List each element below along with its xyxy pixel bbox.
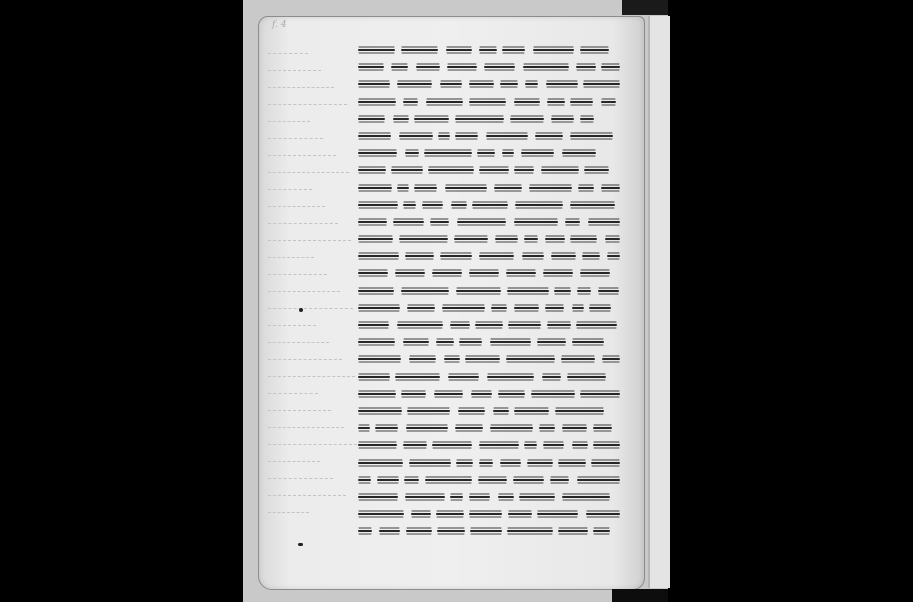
handwritten-word (379, 530, 400, 532)
handwritten-word (602, 358, 620, 360)
handwritten-word (358, 496, 398, 498)
scan-edge-artifact-bottom (612, 589, 668, 602)
handwritten-word (558, 462, 586, 464)
manuscript-line (358, 248, 636, 265)
handwritten-word (455, 427, 483, 429)
handwritten-word (554, 290, 571, 292)
handwritten-word (465, 358, 500, 360)
handwritten-word (478, 479, 507, 481)
handwritten-word (459, 341, 482, 343)
handwritten-word (403, 101, 418, 103)
bleed-through-line (268, 342, 329, 344)
handwritten-word (479, 462, 493, 464)
handwritten-word (358, 462, 403, 464)
handwritten-word (562, 427, 587, 429)
handwritten-word (561, 358, 595, 360)
handwritten-word (409, 358, 436, 360)
handwritten-word (432, 444, 472, 446)
handwritten-word (607, 255, 620, 257)
handwritten-word (446, 49, 472, 51)
bleed-through-line (268, 189, 312, 191)
handwritten-word (358, 49, 395, 51)
handwritten-word (583, 83, 620, 85)
manuscript-line (358, 420, 636, 437)
manuscript-line (358, 94, 636, 111)
handwritten-word (358, 204, 398, 206)
handwritten-word (406, 427, 448, 429)
handwritten-word (472, 204, 508, 206)
handwritten-word (522, 255, 544, 257)
handwritten-word (375, 427, 398, 429)
bleed-through-line (268, 393, 318, 395)
manuscript-line (358, 506, 636, 523)
handwritten-word (455, 135, 478, 137)
handwritten-word (514, 410, 549, 412)
manuscript-line (358, 42, 636, 59)
handwritten-word (454, 238, 488, 240)
handwritten-word (577, 290, 591, 292)
ink-blot (298, 543, 303, 546)
handwritten-word (469, 272, 499, 274)
handwritten-word (391, 66, 408, 68)
handwritten-word (405, 152, 419, 154)
handwritten-word (358, 152, 397, 154)
handwritten-word (593, 444, 620, 446)
handwritten-word (455, 118, 504, 120)
handwritten-word (358, 187, 392, 189)
handwritten-word (533, 49, 574, 51)
handwritten-word (458, 410, 485, 412)
handwritten-word (545, 238, 565, 240)
bleed-through-line (268, 359, 342, 361)
bleed-through-line (268, 223, 338, 225)
manuscript-line (358, 317, 636, 334)
bleed-through-line (268, 87, 334, 89)
handwritten-word (570, 135, 613, 137)
handwritten-word (440, 255, 472, 257)
handwritten-word (513, 479, 544, 481)
handwritten-word (577, 479, 620, 481)
manuscript-line (358, 59, 636, 76)
handwritten-word (502, 152, 514, 154)
handwritten-word (525, 83, 538, 85)
handwritten-word (498, 496, 514, 498)
handwritten-word (506, 272, 536, 274)
handwritten-word (399, 135, 433, 137)
manuscript-line (358, 145, 636, 162)
ink-dot (299, 308, 303, 312)
image-viewer: f. 4 (0, 0, 913, 602)
handwritten-word (358, 307, 400, 309)
handwritten-word (469, 496, 490, 498)
handwritten-word (407, 410, 450, 412)
handwritten-word (508, 513, 532, 515)
handwritten-word (358, 444, 397, 446)
handwritten-word (524, 238, 538, 240)
handwritten-word (358, 341, 395, 343)
manuscript-line (358, 214, 636, 231)
handwritten-word (442, 307, 485, 309)
handwritten-word (572, 341, 604, 343)
bleed-through-line (268, 478, 333, 480)
handwritten-word (547, 101, 565, 103)
handwritten-word (490, 427, 533, 429)
handwritten-word (537, 513, 578, 515)
bleed-through-line (268, 427, 344, 429)
handwritten-word (358, 530, 372, 532)
bleed-through-line (268, 138, 323, 140)
handwritten-word (401, 49, 438, 51)
handwritten-word (422, 204, 443, 206)
handwritten-word (558, 530, 588, 532)
handwritten-word (358, 135, 391, 137)
handwritten-word (393, 118, 409, 120)
handwritten-word (450, 496, 463, 498)
handwritten-word (447, 66, 477, 68)
handwritten-word (358, 513, 404, 515)
handwritten-word (434, 393, 463, 395)
handwritten-word (565, 221, 580, 223)
handwritten-word (541, 169, 579, 171)
handwritten-word (589, 307, 611, 309)
handwritten-word (358, 290, 394, 292)
manuscript-line (358, 197, 636, 214)
handwritten-word (425, 479, 472, 481)
handwritten-word (470, 530, 502, 532)
manuscript-line (358, 76, 636, 93)
manuscript-line (358, 300, 636, 317)
handwritten-word (514, 169, 534, 171)
handwritten-word (527, 462, 553, 464)
handwritten-word (440, 83, 462, 85)
handwritten-word (404, 479, 419, 481)
manuscript-line (358, 162, 636, 179)
manuscript-line (358, 180, 636, 197)
handwritten-word (411, 513, 431, 515)
handwritten-word (358, 83, 390, 85)
manuscript-line (358, 489, 636, 506)
handwritten-word (490, 341, 531, 343)
manuscript-line (358, 231, 636, 248)
handwritten-word (358, 118, 385, 120)
handwritten-word (487, 376, 534, 378)
handwritten-word (580, 393, 620, 395)
handwritten-word (551, 118, 574, 120)
bleed-through-line (268, 172, 349, 174)
handwritten-word (543, 272, 573, 274)
bleed-through-line (268, 257, 314, 259)
handwritten-word (401, 290, 449, 292)
handwritten-word (479, 49, 497, 51)
handwritten-word (591, 462, 620, 464)
bleed-through-line (268, 155, 336, 157)
handwritten-word (424, 152, 472, 154)
handwritten-word (358, 272, 388, 274)
handwritten-word (445, 187, 487, 189)
handwritten-word (486, 135, 528, 137)
handwritten-word (521, 152, 554, 154)
handwritten-word (407, 307, 435, 309)
handwritten-word (395, 376, 440, 378)
bleed-through-line (268, 274, 327, 276)
handwritten-word (550, 479, 569, 481)
handwritten-word (432, 272, 462, 274)
handwritten-word (572, 444, 588, 446)
handwritten-word (601, 101, 616, 103)
bleed-through-line (268, 444, 357, 446)
facing-page-edge (648, 16, 670, 588)
manuscript-line (358, 472, 636, 489)
handwritten-word (519, 496, 555, 498)
handwritten-word (580, 272, 610, 274)
handwritten-word (358, 169, 386, 171)
handwritten-word (545, 307, 564, 309)
handwritten-word (358, 410, 402, 412)
handwritten-word (582, 255, 600, 257)
manuscript-line (358, 351, 636, 368)
handwritten-text-block (358, 42, 636, 540)
handwritten-word (507, 290, 549, 292)
handwritten-word (414, 118, 449, 120)
handwritten-word (507, 530, 553, 532)
handwritten-word (576, 66, 596, 68)
handwritten-word (401, 393, 426, 395)
handwritten-word (580, 49, 609, 51)
handwritten-word (451, 204, 467, 206)
handwritten-word (576, 324, 617, 326)
handwritten-word (570, 101, 593, 103)
handwritten-word (498, 393, 525, 395)
handwritten-word (547, 324, 571, 326)
handwritten-word (508, 324, 541, 326)
handwritten-word (580, 118, 594, 120)
handwritten-word (477, 152, 495, 154)
bleed-through-line (268, 240, 351, 242)
handwritten-word (570, 204, 615, 206)
handwritten-word (531, 393, 575, 395)
handwritten-word (358, 358, 401, 360)
handwritten-word (562, 496, 610, 498)
handwritten-word (403, 444, 427, 446)
handwritten-word (426, 101, 463, 103)
handwritten-word (358, 324, 389, 326)
handwritten-word (358, 393, 396, 395)
handwritten-word (444, 358, 460, 360)
handwritten-word (405, 255, 434, 257)
handwritten-word (588, 221, 620, 223)
bleed-through-line (268, 53, 308, 55)
bleed-through-line (268, 495, 346, 497)
handwritten-word (510, 118, 544, 120)
handwritten-word (469, 83, 494, 85)
handwritten-word (524, 444, 537, 446)
handwritten-word (494, 187, 522, 189)
handwritten-word (515, 204, 563, 206)
handwritten-word (391, 169, 423, 171)
manuscript-line (358, 128, 636, 145)
handwritten-word (500, 83, 518, 85)
handwritten-word (523, 66, 569, 68)
bleed-through-line (268, 376, 355, 378)
handwritten-word (500, 462, 521, 464)
manuscript-line (358, 265, 636, 282)
handwritten-word (484, 66, 515, 68)
bleed-through-line (268, 70, 321, 72)
handwritten-word (605, 238, 620, 240)
handwritten-word (479, 444, 519, 446)
handwritten-word (514, 307, 539, 309)
bleed-through-line (268, 206, 325, 208)
handwritten-word (572, 307, 584, 309)
handwritten-word (416, 66, 440, 68)
handwritten-word (601, 187, 620, 189)
handwritten-word (393, 221, 424, 223)
handwritten-word (542, 376, 561, 378)
handwritten-word (537, 341, 566, 343)
handwritten-word (578, 187, 594, 189)
handwritten-word (506, 358, 555, 360)
manuscript-line (358, 369, 636, 386)
handwritten-word (479, 169, 509, 171)
handwritten-word (567, 376, 606, 378)
manuscript-line (358, 455, 636, 472)
handwritten-word (403, 204, 416, 206)
handwritten-word (491, 307, 507, 309)
handwritten-word (358, 101, 396, 103)
handwritten-word (403, 341, 429, 343)
bleed-through-line (268, 291, 340, 293)
handwritten-word (358, 427, 370, 429)
handwritten-word (450, 324, 470, 326)
bleed-through-line (268, 512, 309, 514)
handwritten-word (358, 255, 399, 257)
handwritten-word (456, 462, 473, 464)
manuscript-line (358, 437, 636, 454)
handwritten-word (529, 187, 572, 189)
handwritten-word (414, 187, 437, 189)
handwritten-word (586, 513, 620, 515)
handwritten-word (437, 530, 465, 532)
handwritten-word (358, 376, 390, 378)
handwritten-word (405, 496, 445, 498)
handwritten-word (436, 513, 464, 515)
handwritten-word (469, 101, 506, 103)
bleed-through-line (268, 325, 316, 327)
handwritten-word (535, 135, 563, 137)
handwritten-word (397, 83, 432, 85)
manuscript-line (358, 334, 636, 351)
folio-number: f. 4 (272, 20, 286, 30)
handwritten-word (430, 221, 449, 223)
handwritten-word (570, 238, 597, 240)
handwritten-word (598, 290, 619, 292)
handwritten-word (406, 530, 432, 532)
bleed-through-line (268, 104, 347, 106)
handwritten-word (409, 462, 451, 464)
handwritten-word (502, 49, 525, 51)
handwritten-word (546, 83, 578, 85)
handwritten-word (358, 238, 393, 240)
handwritten-word (543, 444, 564, 446)
handwritten-word (428, 169, 474, 171)
handwritten-word (479, 255, 514, 257)
handwritten-word (493, 410, 509, 412)
handwritten-word (593, 427, 612, 429)
handwritten-word (601, 66, 620, 68)
handwritten-word (469, 513, 502, 515)
handwritten-word (514, 221, 558, 223)
bleed-through-line (268, 410, 331, 412)
bleed-through-line (268, 121, 310, 123)
manuscript-line (358, 523, 636, 540)
handwritten-word (471, 393, 492, 395)
handwritten-word (358, 66, 384, 68)
handwritten-word (358, 221, 387, 223)
handwritten-word (475, 324, 503, 326)
handwritten-word (551, 255, 576, 257)
handwritten-word (584, 169, 609, 171)
handwritten-word (377, 479, 399, 481)
manuscript-line (358, 283, 636, 300)
handwritten-word (397, 187, 409, 189)
manuscript-line (358, 386, 636, 403)
handwritten-word (539, 427, 555, 429)
manuscript-line (358, 111, 636, 128)
handwritten-word (397, 324, 443, 326)
handwritten-word (436, 341, 454, 343)
manuscript-line (358, 403, 636, 420)
handwritten-word (562, 152, 596, 154)
handwritten-word (358, 479, 371, 481)
handwritten-word (555, 410, 604, 412)
handwritten-word (448, 376, 479, 378)
handwritten-word (395, 272, 425, 274)
handwritten-word (399, 238, 448, 240)
handwritten-word (593, 530, 610, 532)
bleed-through-line (268, 461, 320, 463)
handwritten-word (495, 238, 518, 240)
handwritten-word (457, 221, 506, 223)
handwritten-word (514, 101, 540, 103)
bleed-through-line (268, 308, 353, 310)
handwritten-word (456, 290, 501, 292)
handwritten-word (438, 135, 450, 137)
bleed-through-text (268, 38, 358, 478)
scan-edge-artifact-top (622, 0, 668, 15)
